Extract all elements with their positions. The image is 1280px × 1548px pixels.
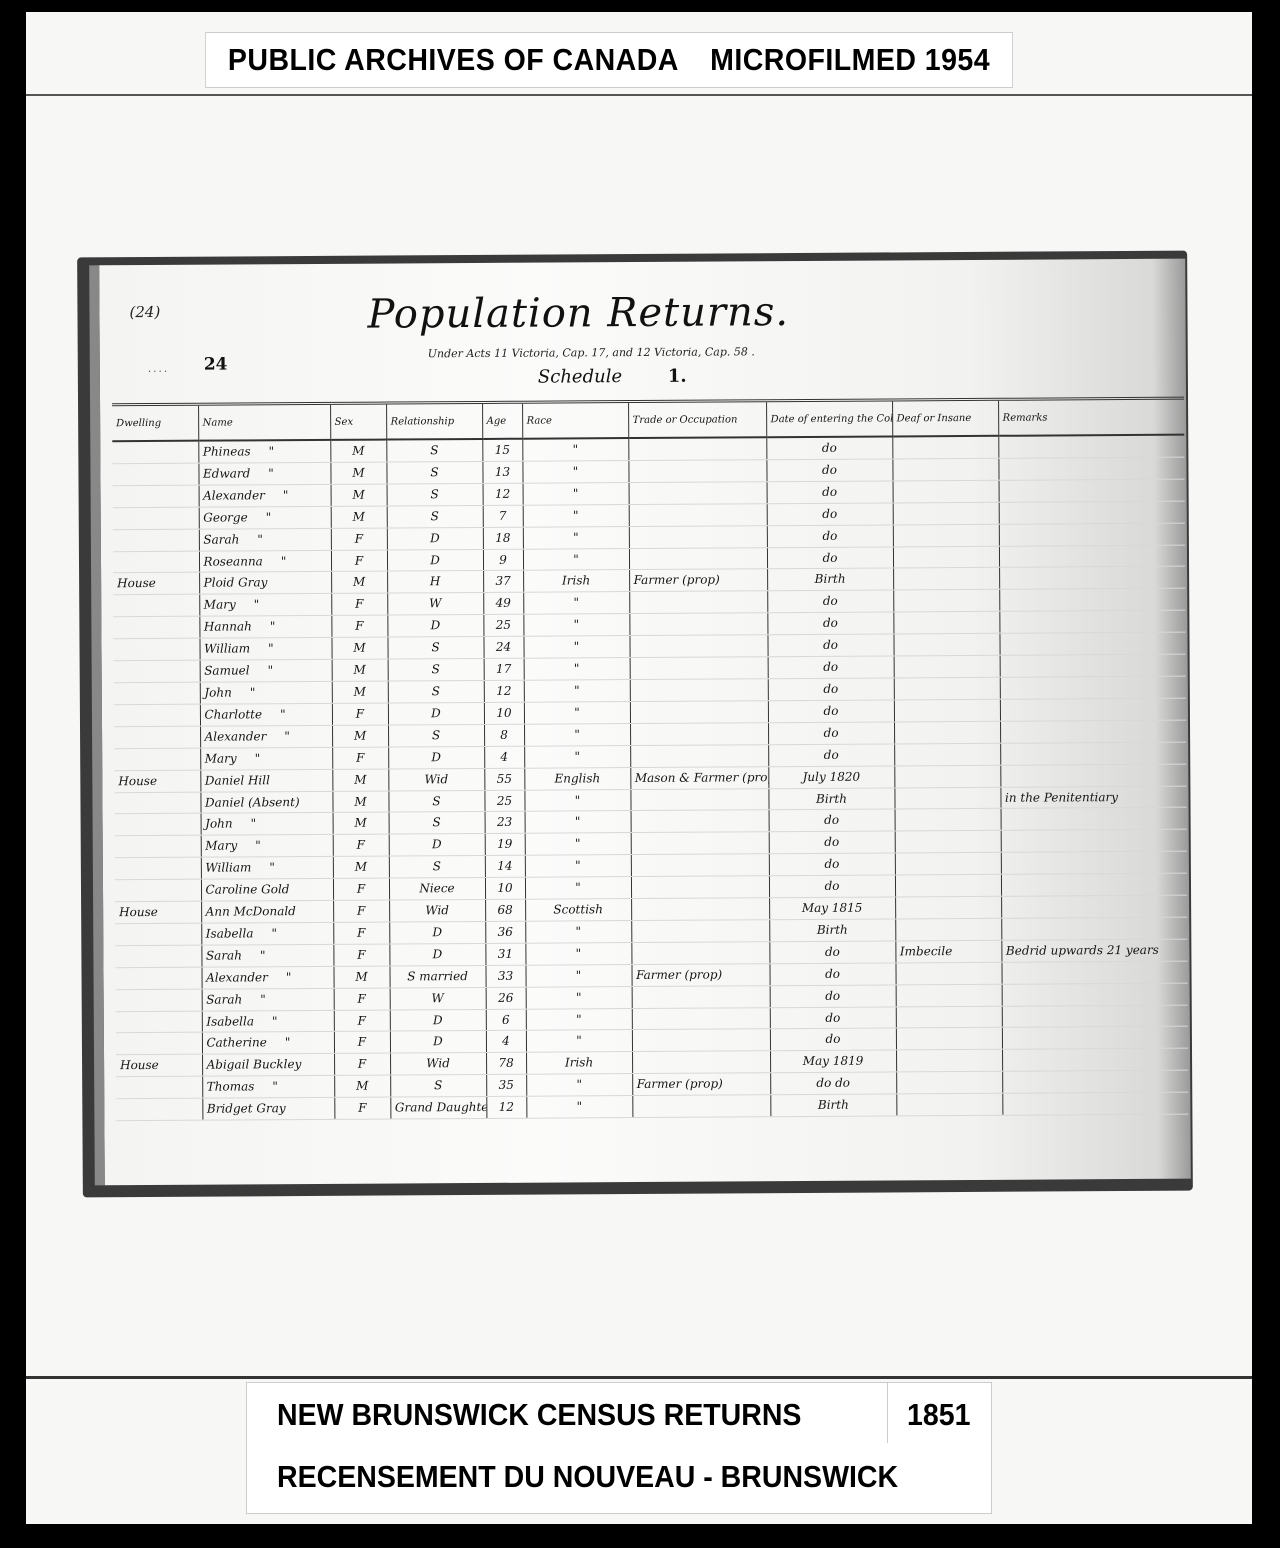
cell-age-text: 7: [499, 509, 507, 523]
cell-age: 33: [485, 965, 525, 987]
cell-race-text: ": [574, 661, 580, 675]
cell-dwelling: House: [115, 901, 201, 923]
cell-age: 15: [482, 439, 522, 462]
cell-age: 31: [485, 943, 525, 965]
cell-dwelling: House: [113, 573, 199, 595]
cell-age: 12: [484, 680, 524, 702]
cell-deaf-insane: [894, 677, 1000, 700]
cell-race: ": [525, 877, 631, 900]
cell-dwelling: [116, 1011, 202, 1033]
cell-relationship-text: D: [433, 1013, 443, 1027]
cell-deaf-insane: [895, 809, 1001, 832]
cell-dwelling: [115, 879, 201, 901]
cell-occupation-text: Mason & Farmer (prop): [635, 770, 769, 785]
cell-sex: F: [331, 550, 387, 572]
cell-remarks: [1002, 983, 1188, 1006]
cell-remarks: [1000, 742, 1186, 765]
cell-race: ": [526, 986, 632, 1009]
cell-relationship: Wid: [390, 1053, 486, 1075]
col-relationship: Relationship: [386, 402, 482, 439]
cell-relationship-text: D: [431, 618, 441, 632]
cell-name-text: Hannah: [204, 620, 252, 634]
cell-race: ": [523, 636, 629, 659]
cell-race: ": [526, 1074, 632, 1097]
cell-age-text: 14: [497, 859, 512, 873]
cell-name: Bridget Gray: [202, 1098, 334, 1121]
cell-sex: M: [333, 966, 389, 988]
cell-sex: F: [334, 988, 390, 1010]
cell-date-entering: Birth: [767, 568, 893, 591]
cell-relationship: D: [389, 943, 485, 965]
cell-sex: F: [333, 878, 389, 900]
cell-sex: F: [333, 922, 389, 944]
cell-deaf-insane: [894, 765, 1000, 788]
cell-race: ": [522, 460, 628, 483]
cell-age-text: 25: [497, 793, 512, 807]
cell-date-entering: do: [769, 831, 895, 854]
cell-occupation: Farmer (prop): [629, 569, 767, 592]
cell-relationship: S: [389, 856, 485, 878]
cell-dwelling: [113, 638, 199, 660]
cell-race-text: ": [577, 1100, 583, 1114]
cell-sex-text: F: [355, 597, 363, 611]
surname-ditto: ": [270, 619, 276, 633]
cell-relationship-text: Wid: [425, 903, 449, 917]
cell-age-text: 19: [497, 837, 512, 851]
cell-deaf-insane: [895, 962, 1001, 985]
cell-dwelling: [113, 551, 199, 573]
cell-date-entering: Birth: [769, 919, 895, 942]
page-number-stamped: 24: [204, 355, 228, 375]
surname-ditto: ": [280, 707, 286, 721]
cell-relationship: S: [388, 724, 484, 746]
cell-sex-text: M: [354, 794, 366, 808]
cell-date-entering: do: [770, 985, 896, 1008]
cell-name: Alexander": [199, 484, 331, 507]
cell-date-entering-text: do: [822, 441, 837, 455]
cell-date-entering: May 1815: [769, 897, 895, 920]
surname-ditto: ": [269, 860, 275, 874]
cell-age: 10: [484, 702, 524, 724]
cell-occupation: [629, 503, 767, 526]
cell-race: ": [523, 592, 629, 615]
cell-race-text: ": [576, 1078, 582, 1092]
cell-date-entering: do: [767, 503, 893, 526]
cell-deaf-insane: [894, 721, 1000, 744]
bottom-divider: [26, 1376, 1252, 1379]
cell-remarks: [1000, 764, 1186, 787]
cell-race-text: ": [576, 990, 582, 1004]
cell-age-text: 4: [500, 749, 508, 763]
cell-sex-text: M: [352, 444, 364, 458]
cell-race: ": [525, 942, 631, 965]
cell-dwelling: [113, 616, 199, 638]
cell-occupation: [629, 613, 767, 636]
cell-sex: M: [331, 571, 387, 593]
cell-occupation: [630, 657, 768, 680]
cell-relationship: D: [389, 834, 485, 856]
cell-remarks: [1000, 654, 1186, 677]
cell-name-text: Alexander: [205, 729, 267, 743]
cell-deaf-insane: [894, 743, 1000, 766]
cell-name: Ploid Gray: [199, 572, 331, 595]
cell-date-entering-text: do: [825, 1010, 840, 1024]
cell-age-text: 25: [496, 618, 511, 632]
col-sex: Sex: [330, 403, 386, 440]
cell-date-entering-text: do: [825, 1032, 840, 1046]
cell-dwelling: [114, 726, 200, 748]
cell-date-entering: do: [766, 436, 892, 459]
cell-age: 4: [484, 746, 524, 768]
cell-remarks: [999, 610, 1185, 633]
cell-remarks: [999, 501, 1185, 524]
cell-date-entering-text: Birth: [815, 572, 846, 586]
cell-sex: M: [333, 812, 389, 834]
cell-occupation: [631, 876, 769, 899]
cell-date-entering: July 1820: [768, 766, 894, 789]
cell-race-text: ": [576, 968, 582, 982]
cell-date-entering-text: do: [822, 485, 837, 499]
cell-date-entering: do: [766, 459, 892, 482]
cell-race: ": [526, 1096, 632, 1119]
page-number-handwritten: (24): [129, 303, 160, 321]
cell-deaf-insane: [893, 502, 999, 525]
cell-dwelling: [113, 595, 199, 617]
surname-ditto: ": [269, 444, 275, 458]
cell-dwelling: [115, 967, 201, 989]
cell-remarks-text: Bedrid upwards 21 years: [1006, 943, 1159, 958]
cell-relationship: W: [387, 593, 483, 615]
cell-date-entering-text: do: [824, 813, 839, 827]
cell-age: 12: [486, 1096, 526, 1118]
cell-date-entering: do do: [770, 1072, 896, 1095]
cell-remarks: [1001, 873, 1187, 896]
cell-relationship: S: [388, 659, 484, 681]
cell-age-text: 15: [495, 443, 510, 457]
cell-race: ": [524, 701, 630, 724]
cell-date-entering-text: do: [825, 945, 840, 959]
cell-race: ": [524, 789, 630, 812]
cell-date-entering-text: do: [824, 747, 839, 761]
cell-deaf-insane: [893, 590, 999, 613]
cell-relationship: S: [386, 461, 482, 483]
cell-date-entering-text: do: [825, 988, 840, 1002]
cell-occupation: [631, 810, 769, 833]
cell-age: 19: [485, 834, 525, 856]
cell-name: William": [199, 638, 331, 661]
cell-sex: M: [334, 1075, 390, 1097]
cell-name: Isabella": [201, 922, 333, 945]
cell-relationship-text: Wid: [424, 772, 448, 786]
cell-name-text: Sarah: [206, 948, 242, 962]
cell-remarks: [1001, 808, 1187, 831]
cell-race-text: ": [573, 530, 579, 544]
cell-relationship: D: [387, 549, 483, 571]
cell-relationship-text: S: [433, 859, 441, 873]
cell-relationship: S: [387, 505, 483, 527]
cell-sex: F: [334, 1032, 390, 1054]
cell-name-text: Ploid Gray: [204, 576, 268, 590]
cell-dwelling: House: [114, 770, 200, 792]
cell-dwelling: [115, 835, 201, 857]
surname-ditto: ": [268, 641, 274, 655]
cell-name: Edward": [198, 462, 330, 485]
cell-relationship: D: [388, 702, 484, 724]
cell-age-text: 35: [499, 1078, 514, 1092]
cell-date-entering-text: do: [823, 638, 838, 652]
cell-name-text: Phineas: [203, 444, 251, 458]
surname-ditto: ": [268, 663, 274, 677]
cell-relationship: D: [387, 527, 483, 549]
cell-relationship-text: D: [430, 531, 440, 545]
cell-race-text: ": [573, 508, 579, 522]
surname-ditto: ": [272, 1014, 278, 1028]
cell-relationship-text: W: [431, 991, 443, 1005]
cell-remarks: Bedrid upwards 21 years: [1001, 939, 1187, 962]
cell-race-text: Irish: [565, 1056, 593, 1070]
surname-ditto: ": [281, 554, 287, 568]
cell-deaf-insane: [894, 787, 1000, 810]
cell-age-text: 6: [502, 1012, 510, 1026]
cell-sex-text: F: [357, 948, 365, 962]
cell-occupation: [628, 437, 766, 460]
cell-sex: M: [331, 637, 387, 659]
cell-occupation: [630, 722, 768, 745]
cell-name-text: Bridget Gray: [207, 1101, 286, 1115]
cell-sex: F: [334, 1097, 390, 1119]
cell-date-entering-text: do: [822, 507, 837, 521]
cell-sex: F: [333, 900, 389, 922]
cell-date-entering-text: do: [822, 463, 837, 477]
cell-relationship: Wid: [388, 768, 484, 790]
cell-age: 7: [483, 505, 523, 527]
archive-banner: PUBLIC ARCHIVES OF CANADA MICROFILMED 19…: [205, 32, 1013, 88]
col-race: Race: [522, 402, 628, 439]
cell-race-text: ": [574, 640, 580, 654]
cell-name-text: Mary: [205, 839, 237, 853]
cell-date-entering: do: [769, 963, 895, 986]
cell-sex-text: F: [355, 619, 363, 633]
cell-race-text: ": [575, 880, 581, 894]
cell-race: ": [523, 482, 629, 505]
cell-relationship-text: S: [432, 794, 440, 808]
cell-date-entering: do: [770, 1028, 896, 1051]
cell-relationship: Grand Daughter: [390, 1097, 486, 1119]
cell-race: ": [525, 920, 631, 943]
cell-sex-text: M: [353, 641, 365, 655]
cell-deaf-insane: [893, 568, 999, 591]
cell-sex: M: [332, 681, 388, 703]
cell-name-text: Sarah: [203, 532, 239, 546]
cell-remarks: [1000, 698, 1186, 721]
cell-age: 55: [484, 768, 524, 790]
cell-sex: M: [332, 659, 388, 681]
cell-date-entering: do: [768, 656, 894, 679]
archive-name: PUBLIC ARCHIVES OF CANADA: [228, 42, 679, 78]
cell-sex-text: F: [356, 707, 364, 721]
cell-dwelling: [112, 441, 198, 464]
cell-name: Alexander": [201, 966, 333, 989]
cell-age-text: 10: [497, 881, 512, 895]
cell-age: 9: [483, 549, 523, 571]
cell-sex-text: M: [354, 685, 366, 699]
surname-ditto: ": [260, 948, 266, 962]
cell-occupation: Farmer (prop): [631, 963, 769, 986]
cell-deaf-insane: [893, 480, 999, 503]
cell-age: 24: [483, 636, 523, 658]
cell-race-text: ": [575, 924, 581, 938]
cell-occupation: [629, 525, 767, 548]
cell-age-text: 12: [496, 684, 511, 698]
cell-relationship-text: S: [432, 662, 440, 676]
cell-sex-text: F: [356, 750, 364, 764]
cell-date-entering: do: [767, 525, 893, 548]
cell-race-text: ": [575, 815, 581, 829]
cell-remarks: [998, 457, 1184, 480]
cell-race-text: ": [573, 442, 579, 456]
cell-date-entering-text: Birth: [817, 923, 848, 937]
cell-dwelling: [113, 507, 199, 529]
cell-deaf-insane: [894, 699, 1000, 722]
cell-age: 26: [486, 987, 526, 1009]
cell-race-text: ": [574, 727, 580, 741]
cell-dwelling: [113, 485, 199, 507]
cell-name: Mary": [201, 835, 333, 858]
cell-age-text: 23: [497, 815, 512, 829]
cell-date-entering-text: do: [823, 682, 838, 696]
cell-relationship-text: Wid: [426, 1057, 450, 1071]
cell-relationship-text: D: [431, 750, 441, 764]
cell-sex-text: M: [355, 860, 367, 874]
cell-occupation: [632, 1007, 770, 1030]
cell-name: Alexander": [200, 725, 332, 748]
cell-race-text: English: [554, 771, 600, 785]
cell-name-text: Charlotte: [204, 707, 262, 721]
surname-ditto: ": [271, 926, 277, 940]
cell-date-entering-text: Birth: [818, 1098, 849, 1112]
cell-date-entering: Birth: [768, 787, 894, 810]
cell-sex-text: M: [352, 487, 364, 501]
cell-age: 18: [483, 527, 523, 549]
cell-age: 4: [486, 1031, 526, 1053]
cell-age-text: 4: [502, 1034, 510, 1048]
cell-sex-text: F: [355, 553, 363, 567]
cell-name-text: William: [205, 861, 251, 875]
cell-occupation: Mason & Farmer (prop): [630, 766, 768, 789]
cell-remarks: [1002, 1070, 1188, 1093]
cell-date-entering: do: [768, 678, 894, 701]
cell-deaf-insane: [894, 655, 1000, 678]
cell-relationship: S: [386, 439, 482, 462]
cell-relationship-text: S: [434, 1078, 442, 1092]
cell-remarks-text: in the Penitentiary: [1005, 790, 1118, 805]
cell-name: George": [199, 506, 331, 529]
cell-sex-text: M: [352, 466, 364, 480]
cell-race: Scottish: [525, 899, 631, 922]
cell-age-text: 68: [497, 903, 512, 917]
cell-name: Catherine": [202, 1032, 334, 1055]
cell-name-text: Sarah: [206, 992, 242, 1006]
cell-name: Sarah": [201, 944, 333, 967]
census-title-en: NEW BRUNSWICK CENSUS RETURNS: [277, 1397, 801, 1433]
surname-ditto: ": [272, 1080, 278, 1094]
cell-remarks: [998, 435, 1184, 459]
cell-relationship: S: [387, 637, 483, 659]
cell-deaf-insane: [895, 853, 1001, 876]
year-divider: [887, 1383, 888, 1443]
cell-name: Daniel (Absent): [200, 791, 332, 814]
cell-sex-text: F: [357, 904, 365, 918]
cell-name-text: Roseanna: [203, 554, 262, 568]
cell-age: 23: [485, 812, 525, 834]
cell-date-entering-text: do: [824, 857, 839, 871]
cell-remarks: [999, 545, 1185, 568]
cell-dwelling: [115, 857, 201, 879]
cell-relationship-text: H: [430, 575, 441, 589]
cell-age: 17: [484, 658, 524, 680]
cell-age-text: 17: [496, 662, 511, 676]
cell-relationship-text: S: [430, 465, 438, 479]
cell-age: 49: [483, 593, 523, 615]
cell-deaf-insane: [892, 458, 998, 481]
cell-deaf-insane: [896, 1093, 1002, 1116]
cell-name-text: Samuel: [204, 663, 250, 677]
cell-relationship: D: [388, 746, 484, 768]
census-year: 1851: [907, 1397, 970, 1433]
cell-occupation-text: Farmer (prop): [637, 1077, 723, 1092]
surname-ditto: ": [285, 1036, 291, 1050]
cell-age-text: 26: [498, 990, 513, 1004]
cell-race: ": [525, 964, 631, 987]
cell-relationship: D: [390, 1009, 486, 1031]
cell-sex: F: [331, 615, 387, 637]
cell-name: Charlotte": [200, 703, 332, 726]
cell-relationship-text: Niece: [419, 881, 454, 895]
surname-ditto: ": [286, 970, 292, 984]
cell-date-entering: do: [767, 481, 893, 504]
cell-race: ": [522, 438, 628, 461]
cell-name-text: Isabella: [206, 926, 254, 940]
cell-relationship: D: [390, 1031, 486, 1053]
cell-sex: F: [332, 747, 388, 769]
col-age: Age: [482, 402, 522, 439]
cell-name: Isabella": [202, 1010, 334, 1033]
cell-age-text: 33: [498, 969, 513, 983]
cell-occupation: [631, 942, 769, 965]
cell-sex-text: F: [355, 531, 363, 545]
cell-sex: M: [330, 440, 386, 463]
cell-relationship: Wid: [389, 899, 485, 921]
cell-name-text: Daniel Hill: [205, 773, 270, 787]
cell-age-text: 49: [496, 596, 511, 610]
cell-date-entering: May 1819: [770, 1050, 896, 1073]
cell-race: ": [524, 680, 630, 703]
cell-occupation: [632, 1029, 770, 1052]
cell-remarks: [1000, 676, 1186, 699]
cell-race: Irish: [526, 1052, 632, 1075]
cell-name: Daniel Hill: [200, 769, 332, 792]
cell-race: ": [523, 548, 629, 571]
cell-race-text: ": [576, 1012, 582, 1026]
cell-occupation: [630, 744, 768, 767]
cell-sex: F: [333, 834, 389, 856]
cell-name: Phineas": [198, 440, 330, 463]
cell-race: ": [525, 811, 631, 834]
cell-sex-text: F: [358, 1101, 366, 1115]
cell-sex: M: [331, 484, 387, 506]
surname-ditto: ": [284, 729, 290, 743]
cell-dwelling: [112, 463, 198, 485]
